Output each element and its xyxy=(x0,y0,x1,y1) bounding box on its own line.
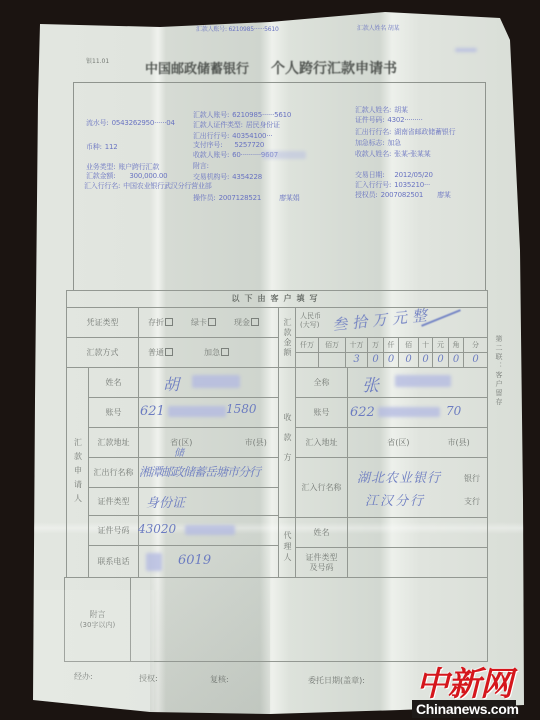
printed-sending-bank-code: 汇出行行号:40354100··· xyxy=(193,132,272,140)
applicant-name-handwritten: 胡 xyxy=(163,372,179,395)
digit-header: 角 xyxy=(448,337,464,353)
printed-remitter-name: 汇款人姓名:胡某 xyxy=(355,106,408,114)
sending-bank-label: 汇出行名称 xyxy=(88,457,139,488)
digit-value xyxy=(295,352,319,368)
printed-id-type: 汇款人证件类型:居民身份证 xyxy=(193,121,280,129)
payee-address-value: 省(区) 市(县) xyxy=(347,427,488,458)
redaction-blur xyxy=(192,375,240,388)
digit-header: 十 xyxy=(418,337,433,353)
printed-serial-number: 流水号:0543262950······04 xyxy=(86,119,175,127)
printed-urgent-flag: 加急标志:加急 xyxy=(355,139,401,147)
form-title-text: 个人跨行汇款申请书 xyxy=(271,61,397,77)
phone-label: 联系电话 xyxy=(88,545,139,578)
form-code: 银11.01 xyxy=(86,57,109,66)
payee-name-label: 全称 xyxy=(295,367,348,398)
printed-remitter-account: 汇款人账号:6210985······5610 xyxy=(193,111,291,119)
option-passbook: 存折 xyxy=(148,318,173,328)
amount-label: 汇款金额 xyxy=(278,307,296,368)
province-label: 省(区) xyxy=(387,438,409,448)
printed-id-number: 证件号码:4302········· xyxy=(355,116,423,124)
top-stamp-account: 汇款人账号: 6210985······5610 xyxy=(196,26,279,34)
id-type-label: 证件类型 xyxy=(88,487,139,516)
agent-side-label: 代理人 xyxy=(278,517,296,578)
agent-id-value xyxy=(347,547,488,578)
remit-method-options: 普通 加急 xyxy=(138,337,279,368)
sending-bank-note-handwritten: 储 xyxy=(174,444,184,459)
payee-account-label: 账号 xyxy=(295,397,348,428)
digit-value: 0 xyxy=(418,352,433,368)
top-stamp-name: 汇款人姓名 胡某 xyxy=(357,25,399,33)
branch-suffix: 支行 xyxy=(464,497,480,506)
redaction-blur xyxy=(395,375,451,387)
printed-currency: 币种:112 xyxy=(86,143,118,151)
applicant-account-label: 账号 xyxy=(88,397,139,428)
printed-institution-code: 交易机构号:4354228 xyxy=(193,173,262,181)
digit-value: 0 xyxy=(383,352,399,368)
authorize-signature-label: 授权: xyxy=(139,674,158,683)
payee-account-handwritten: 622 xyxy=(350,405,375,420)
review-signature-label: 复核: xyxy=(210,675,229,684)
sending-bank-handwritten: 湘潭邮政储蓄岳塘市分行 xyxy=(139,463,260,480)
printed-sending-bank-name: 汇出行行名:湖南省邮政储蓄银行 xyxy=(355,128,455,136)
printed-operator: 操作员:2007128521廖某娟 xyxy=(193,194,300,202)
city-label: 市(县) xyxy=(245,438,267,448)
applicant-account-end-handwritten: 1580 xyxy=(226,402,257,416)
watermark-site: Chinanews.com xyxy=(416,701,519,717)
applicant-side-label: 汇款申请人 xyxy=(66,367,89,578)
printed-remark: 附言: xyxy=(193,162,212,170)
remark-note: (30字以内) xyxy=(80,620,115,630)
redaction-blur xyxy=(168,406,226,417)
bank-suffix: 银行 xyxy=(464,474,480,483)
payee-account-end-handwritten: 70 xyxy=(446,404,461,418)
receiving-branch-handwritten: 江汉分行 xyxy=(365,490,425,509)
applicant-account-handwritten: 621 xyxy=(140,404,165,419)
digit-value: 0 xyxy=(432,352,449,368)
option-green-card: 绿卡 xyxy=(191,318,216,328)
bank-name: 中国邮政储蓄银行 xyxy=(145,62,249,77)
checkbox-icon xyxy=(165,348,173,356)
printed-payee-name: 收款人姓名:张某-张某某 xyxy=(355,150,431,158)
payee-name-handwritten: 张 xyxy=(362,371,379,396)
remark-value xyxy=(130,577,488,662)
entrust-date-label: 委托日期(盖章): xyxy=(308,676,365,685)
redaction-blur xyxy=(146,553,162,571)
checkbox-icon xyxy=(251,318,259,326)
digit-header: 元 xyxy=(432,337,449,353)
redaction-blur xyxy=(378,407,440,417)
option-cash: 现金 xyxy=(234,318,259,328)
form-title: 中国邮政储蓄银行个人跨行汇款申请书 xyxy=(145,58,397,78)
watermark-logo-cn: 中新网 xyxy=(416,658,512,705)
applicant-name-label: 姓名 xyxy=(88,367,139,398)
checkbox-icon xyxy=(208,318,216,326)
payee-side-label: 收款方 xyxy=(278,367,296,518)
digit-header: 仟万 xyxy=(295,337,319,353)
option-normal: 普通 xyxy=(148,348,173,358)
applicant-address-value: 省(区) 市(县) xyxy=(138,427,279,458)
digit-header: 佰万 xyxy=(318,337,346,353)
digit-value: 0 xyxy=(448,352,464,368)
digit-header: 佰 xyxy=(398,337,419,353)
handler-signature-label: 经办: xyxy=(74,672,93,681)
id-number-handwritten: 43020 xyxy=(138,522,176,536)
agent-id-label: 证件类型及号码 xyxy=(295,547,348,578)
city-label: 市(县) xyxy=(448,438,470,448)
copy-note: 第二联：客户留存 xyxy=(494,335,503,407)
remark-label-cell: 附言 (30字以内) xyxy=(64,577,131,662)
option-urgent: 加急 xyxy=(204,348,229,358)
id-number-label: 证件号码 xyxy=(88,515,139,546)
remittance-form-paper: 汇款人账号: 6210985······5610 汇款人姓名 胡某 银11.01… xyxy=(0,0,540,720)
ink-smudge xyxy=(455,48,477,52)
voucher-type-label: 凭证类型 xyxy=(66,307,139,338)
currency-note: (大写) xyxy=(300,321,321,330)
digit-value: 0 xyxy=(398,352,419,368)
checkbox-icon xyxy=(165,318,173,326)
printed-transaction-date: 交易日期:2012/05/20 xyxy=(355,171,433,179)
printed-authorizer: 授权员:2007082501廖某 xyxy=(355,191,451,199)
digit-value: 0 xyxy=(367,352,384,368)
digit-header: 分 xyxy=(463,337,488,353)
redaction-blur xyxy=(185,525,235,535)
payee-address-label: 汇入地址 xyxy=(295,427,348,458)
digit-header: 万 xyxy=(367,337,384,353)
checkbox-icon xyxy=(221,348,229,356)
receiving-bank-label: 汇入行名称 xyxy=(295,457,348,518)
printed-amount: 汇款金额:300,000.00 xyxy=(86,172,167,180)
printed-receiving-bank-code: 汇入行行号:1035210··· xyxy=(355,181,430,189)
applicant-address-label: 汇款地址 xyxy=(88,427,139,458)
remark-label: 附言 xyxy=(90,610,106,620)
voucher-type-options: 存折 绿卡 现金 xyxy=(138,307,279,338)
digit-value: 0 xyxy=(463,352,488,368)
printed-receiving-bank-name: 汇入行行名:中国农业银行武汉分行营业部 xyxy=(84,182,212,190)
currency-label: 人民币 xyxy=(300,312,321,321)
printed-business-type: 业务类型:账户跨行汇款 xyxy=(86,163,159,171)
phone-handwritten: 6019 xyxy=(178,553,211,568)
digit-value: 3 xyxy=(345,352,368,368)
digit-header: 十万 xyxy=(345,337,368,353)
redaction-blur xyxy=(262,151,306,159)
agent-name-value xyxy=(347,517,488,548)
digit-value xyxy=(318,352,346,368)
id-type-handwritten: 身份证 xyxy=(146,492,185,511)
remit-method-label: 汇款方式 xyxy=(66,337,139,368)
digit-header: 仟 xyxy=(383,337,399,353)
agent-name-label: 姓名 xyxy=(295,517,348,548)
receiving-bank-handwritten: 湖北农业银行 xyxy=(357,467,441,486)
printed-payment-sequence: 支付序号:5257720 xyxy=(193,141,264,149)
